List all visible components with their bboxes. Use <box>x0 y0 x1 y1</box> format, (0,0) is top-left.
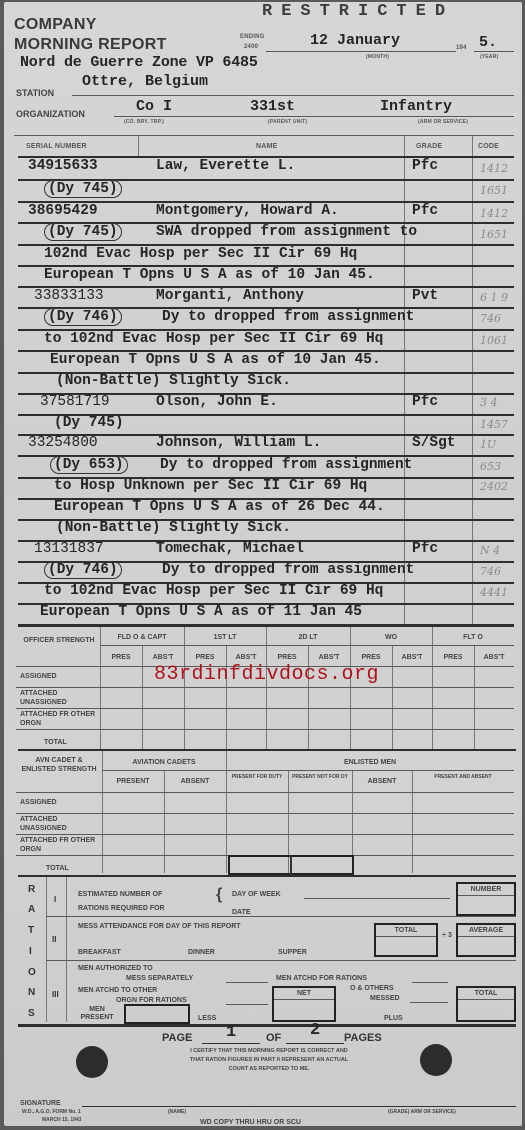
duty-code: (Dy 746) <box>44 561 122 579</box>
section-iii-number: III <box>52 990 59 999</box>
name-caption: (NAME) <box>168 1108 186 1117</box>
men-atchd-rations-label: MEN ATCHD FOR RATIONS <box>276 974 367 983</box>
average-label: AVERAGE <box>456 927 516 935</box>
station-label: STATION <box>16 88 54 98</box>
entry-line: to 102nd Evac Hosp per Sec II Cir 69 Hq <box>44 583 516 599</box>
grade: Pvt <box>412 288 438 304</box>
report-year[interactable]: 5. <box>479 34 497 51</box>
wd-copy-note: WD COPY THRU HRU OR SCU <box>200 1118 301 1127</box>
classification-stamp: RESTRICTED <box>262 2 454 21</box>
co-caption: (CO. BRY. TRP.) <box>124 119 164 125</box>
subcol-present-for-duty: PRESENT FOR DUTY <box>226 774 288 781</box>
duty-code: (Dy 745) <box>54 415 124 431</box>
estimated-rations-label-2: RATIONS REQUIRED FOR <box>78 904 165 913</box>
remark-text: Dy to dropped from assignment <box>160 457 412 473</box>
org-parent-unit[interactable]: 331st <box>250 98 295 115</box>
col-serial-number: SERIAL NUMBER <box>26 143 87 150</box>
day-of-week-label: DAY OF WEEK <box>232 890 281 899</box>
subcol-present: PRESENT <box>102 778 164 786</box>
serial-number: 33254800 <box>28 435 98 451</box>
breakfast-label: BREAKFAST <box>78 948 121 957</box>
soldier-name: Montgomery, Howard A. <box>156 203 339 219</box>
location-line[interactable]: Nord de Guerre Zone VP 6485 <box>20 54 258 71</box>
serial-number: 34915633 <box>28 158 98 174</box>
row-attached-other-orgn: ATTACHED FR OTHER ORGN <box>20 710 98 728</box>
group-flt-o: FLT O <box>432 634 514 642</box>
grade: Pfc <box>412 541 438 557</box>
entry-line: to 102nd Evac Hosp per Sec II Cir 69 Hq <box>44 331 516 347</box>
year-caption: (YEAR) <box>480 54 498 60</box>
code-handwritten: N 4 <box>480 544 500 557</box>
arm-caption: (ARM OR SERVICE) <box>418 119 468 125</box>
supper-label: SUPPER <box>278 948 307 957</box>
code-handwritten: 1457 <box>480 418 508 431</box>
row-attached-other-orgn: ATTACHED FR OTHER ORGN <box>20 836 98 854</box>
code-handwritten: 1412 <box>480 162 508 175</box>
row-total: TOTAL <box>46 864 69 873</box>
grade-arm-caption: (GRADE) ARM OR SERVICE) <box>388 1108 456 1117</box>
remark-text: Dy to dropped from assignment <box>162 562 414 578</box>
entry-line: 38695429 Montgomery, Howard A. Pfc <box>28 203 500 219</box>
grade: Pfc <box>412 158 438 174</box>
others-messed-label-2: MESSED <box>370 994 400 1003</box>
men-authorized-label-1: MEN AUTHORIZED TO <box>78 964 153 973</box>
org-arm-service[interactable]: Infantry <box>380 98 452 115</box>
group-1st-lt: 1ST LT <box>184 634 266 642</box>
total-rations-label: TOTAL <box>456 990 516 998</box>
grade: S/Sgt <box>412 435 456 451</box>
less-label: LESS <box>198 1014 216 1023</box>
duty-code: (Dy 745) <box>44 180 122 198</box>
men-atchd-other-label-1: MEN ATCHD TO OTHER <box>78 986 157 995</box>
col-name: NAME <box>256 143 277 150</box>
signature-line[interactable] <box>82 1106 516 1107</box>
section-ii-number: II <box>52 935 56 944</box>
morning-report-card: RESTRICTED COMPANY MORNING REPORT ENDING… <box>4 2 522 1126</box>
group-aviation-cadets: AVIATION CADETS <box>102 759 226 767</box>
subcol-pres: PRES <box>184 654 226 662</box>
code-handwritten: 1061 <box>480 334 508 347</box>
entry-line: 13131837 Tomechak, Michael Pfc <box>34 541 506 557</box>
watermark-text: 83rdinfdivdocs.org <box>154 663 379 686</box>
subcol-absent-em: ABSENT <box>352 778 412 786</box>
code-handwritten: 1651 <box>480 184 508 197</box>
entry-line: (Non-Battle) Slightly Sick. <box>56 520 525 536</box>
entry-line: (Dy 653) Dy to dropped from assignment <box>50 457 522 473</box>
number-label: NUMBER <box>456 886 516 894</box>
page-label: PAGE <box>162 1032 192 1044</box>
row-total: TOTAL <box>44 738 67 747</box>
subcol-absent: ABSENT <box>164 778 226 786</box>
officer-strength-title: OFFICER STRENGTH <box>20 637 98 645</box>
grade: Pfc <box>412 203 438 219</box>
mess-attendance-label: MESS ATTENDANCE FOR DAY OF THIS REPORT <box>78 922 241 931</box>
form-date: MARCH 15, 1943 <box>42 1116 81 1125</box>
code-handwritten: 1651 <box>480 228 508 241</box>
duty-code: (Dy 653) <box>50 456 128 474</box>
entry-line: 34915633 Law, Everette L. Pfc <box>28 158 500 174</box>
code-handwritten: 4441 <box>480 586 508 599</box>
entry-line: European T Opns U S A as of 11 Jan 45 <box>40 604 512 620</box>
subcol-present-not-for-duty: PRESENT NOT FOR DY <box>288 774 352 781</box>
group-wo: WO <box>350 634 432 642</box>
entry-line: European T Opns U S A as of 10 Jan 45. <box>44 267 516 283</box>
code-handwritten: 3 4 <box>480 396 498 409</box>
punch-hole-left <box>76 1046 108 1078</box>
station-value[interactable]: Ottre, Belgium <box>82 73 208 90</box>
entry-line: (Dy 745) <box>44 181 516 197</box>
entry-line: 33254800 Johnson, William L. S/Sgt <box>28 435 500 451</box>
subcol-pres: PRES <box>100 654 142 662</box>
entry-line: 37581719 Olson, John E. Pfc <box>40 394 512 410</box>
ending-label: ENDING <box>240 34 265 40</box>
soldier-name: Tomechak, Michael <box>156 541 304 557</box>
col-code: CODE <box>478 143 499 150</box>
serial-number: 38695429 <box>28 203 98 219</box>
col-grade: GRADE <box>416 143 442 150</box>
signature-label: SIGNATURE <box>20 1099 61 1108</box>
plus-label: PLUS <box>384 1014 403 1023</box>
parent-caption: (PARENT UNIT) <box>268 119 307 125</box>
grade: Pfc <box>412 394 438 410</box>
code-handwritten: 1412 <box>480 207 508 220</box>
ending-time-label: 2400 <box>244 44 258 50</box>
organization-label: ORGANIZATION <box>16 109 85 119</box>
group-fld-o-capt: FLD O & CAPT <box>100 634 184 642</box>
entry-line: 33833133 Morganti, Anthony Pvt <box>34 288 506 304</box>
form-title-line2: MORNING REPORT <box>14 36 167 54</box>
men-present-box[interactable] <box>124 1004 190 1024</box>
men-present-label-2: PRESENT <box>72 1014 122 1022</box>
group-enlisted-men: ENLISTED MEN <box>226 759 514 767</box>
soldier-name: Morganti, Anthony <box>156 288 304 304</box>
subcol-abst: ABS'T <box>474 654 514 662</box>
entry-line: (Dy 746) Dy to dropped from assignment <box>44 562 516 578</box>
code-handwritten: 746 <box>480 312 501 325</box>
page-number[interactable]: 1 <box>226 1023 236 1042</box>
certification-line-1: I CERTIFY THAT THIS MORNING REPORT IS CO… <box>140 1047 398 1056</box>
code-handwritten: 746 <box>480 565 501 578</box>
subcol-abst: ABS'T <box>392 654 432 662</box>
enlisted-strength-title: AVN CADET & ENLISTED STRENGTH <box>18 756 100 774</box>
group-2d-lt: 2D LT <box>266 634 350 642</box>
certification-line-2: THAT RATION FIGURES IN PART II REPRESENT… <box>140 1056 398 1065</box>
row-assigned: ASSIGNED <box>20 672 57 681</box>
soldier-name: Olson, John E. <box>156 394 278 410</box>
subcol-abst: ABS'T <box>308 654 350 662</box>
duty-code: (Dy 746) <box>44 308 122 326</box>
subcol-pres: PRES <box>432 654 474 662</box>
total-pages[interactable]: 2 <box>310 1021 320 1040</box>
certification-line-3: COUNT AS REPORTED TO ME. <box>140 1065 398 1074</box>
subcol-abst: ABS'T <box>226 654 266 662</box>
entry-line: (Dy 745) SWA dropped from assignment to <box>44 224 516 240</box>
net-label: NET <box>272 990 336 998</box>
subcol-abst: ABS'T <box>142 654 184 662</box>
code-handwritten: 653 <box>480 460 501 473</box>
entry-line: European T Opns U S A as of 26 Dec 44. <box>54 499 525 515</box>
org-company[interactable]: Co I <box>136 98 172 115</box>
dinner-label: DINNER <box>188 948 215 957</box>
duty-code: (Dy 745) <box>44 223 122 241</box>
subcol-present-and-absent: PRESENT AND ABSENT <box>412 774 514 781</box>
row-assigned: ASSIGNED <box>20 798 57 807</box>
others-messed-label-1: O & OTHERS <box>350 984 394 993</box>
serial-number: 33833133 <box>34 288 104 304</box>
mess-total-label: TOTAL <box>374 927 438 935</box>
soldier-name: Johnson, William L. <box>156 435 321 451</box>
subcol-pres: PRES <box>266 654 308 662</box>
serial-number: 13131837 <box>34 541 104 557</box>
men-present-label-1: MEN <box>72 1006 122 1014</box>
entry-line: (Dy 746) Dy to dropped from assignment <box>44 309 516 325</box>
row-attached-unassigned: ATTACHED UNASSIGNED <box>20 689 92 707</box>
entry-line: (Dy 745) <box>54 415 525 431</box>
punch-hole-right <box>420 1044 452 1076</box>
estimated-rations-label-1: ESTIMATED NUMBER OF <box>78 890 162 899</box>
remark-text: Dy to dropped from assignment <box>162 309 414 325</box>
of-label: OF <box>266 1032 281 1044</box>
entry-line: to Hosp Unknown per Sec II Cir 69 Hq <box>54 478 525 494</box>
serial-number: 37581719 <box>40 394 110 410</box>
month-caption: (MONTH) <box>366 54 389 60</box>
century-label: 194 <box>456 45 467 51</box>
row-attached-unassigned: ATTACHED UNASSIGNED <box>20 815 92 833</box>
pages-label: PAGES <box>344 1032 382 1044</box>
entry-line: (Non-Battle) Slightly Sick. <box>56 373 525 389</box>
remark-text: SWA dropped from assignment to <box>156 224 417 240</box>
entry-line: 102nd Evac Hosp per Sec II Cir 69 Hq <box>44 246 516 262</box>
divide-by-three: ÷ 3 <box>440 932 454 940</box>
code-handwritten: 1U <box>480 438 496 451</box>
form-title-line1: COMPANY <box>14 16 97 34</box>
code-handwritten: 2402 <box>480 480 508 493</box>
entry-line: European T Opns U S A as of 10 Jan 45. <box>50 352 522 368</box>
code-handwritten: 6 1 9 <box>480 291 508 304</box>
report-date[interactable]: 12 January <box>310 32 400 49</box>
subcol-pres: PRES <box>350 654 392 662</box>
soldier-name: Law, Everette L. <box>156 158 295 174</box>
men-authorized-label-2: MESS SEPARATELY <box>126 974 193 983</box>
section-i-number: I <box>54 895 56 904</box>
